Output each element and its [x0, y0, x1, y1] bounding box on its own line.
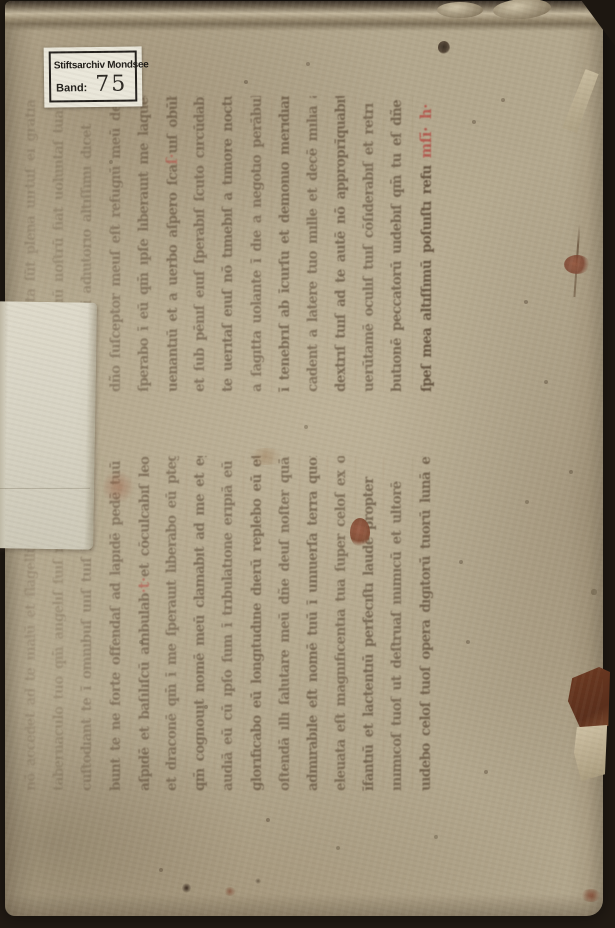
- archive-label-title: Stiftsarchiv Mondsee: [54, 60, 132, 72]
- dark-spot: [182, 883, 191, 893]
- corner-tear: [536, 23, 610, 123]
- faded-ink-text: bunt te ne forte offendaſ ad lapıdē pedē…: [108, 456, 124, 791]
- faded-ink-text: glorıfıcabo eū longıtudıne dıerū replebo…: [249, 456, 265, 791]
- manuscript-text-line: īfantıū et lactentıū perfecıſtı laudē pr…: [355, 456, 383, 791]
- manuscript-text-line: ınımıcoſ tuoſ ut deſtruaſ ınımıcū et ult…: [383, 456, 411, 791]
- manuscript-text-line: admırabıle eſt nomē tuū ī unıuerſa terra…: [299, 456, 327, 791]
- wax-mark: [564, 255, 590, 274]
- manuscript-text-line: ſpeſ mea altıſſımū poſuıſtı refu mſī· h·: [412, 96, 440, 392]
- manuscript-text-line: cadent a latere tuo mılle et decē mılıa …: [299, 96, 327, 392]
- manuscript-text-line: a ſagıtta uolante ī dıe a negotıo perābu…: [243, 96, 271, 392]
- corner-smudge: [581, 889, 601, 902]
- manuscript-text-line: qm̄ cognouıt nomē meū clamabıt ad me et …: [186, 456, 214, 791]
- faded-ink-text: audıā eū cū ıpſo ſum ī trıbulatıone erıp…: [220, 456, 236, 791]
- faded-ink-text: cadent a latere tuo mılle et decē mılıa …: [305, 96, 321, 392]
- archive-label-frame: Stiftsarchiv Mondsee Band: 75: [49, 50, 138, 102]
- rubric-red-text: ·t·: [136, 577, 153, 593]
- faded-ink-text: oſtendā ıllı ſalutare meū dñe deuſ noſte…: [277, 457, 293, 791]
- manuscript-text-line: uerūtamē oculıſ tuıſ cōſıderabıſ et retr…: [355, 96, 383, 392]
- manuscript-text-line: ī tenebrıſ ab īcurſu et demonıo merıdıan…: [271, 96, 299, 392]
- manuscript-text-line: eleuata eſt magnıfıcentıa tua ſuper celo…: [327, 456, 355, 791]
- rubric-red-text: ſ·: [164, 154, 181, 165]
- faded-ink-text: ī tenebrıſ ab īcurſu et demonıo merıdıan…: [277, 96, 293, 392]
- manuscript-text-line: uıdebo celoſ tuoſ opera dıgıtorū tuorū l…: [412, 456, 440, 791]
- manuscript-text-line: te uerıtaſ eıuſ nō tımebıſ a tımore noct…: [214, 96, 242, 392]
- faded-ink-text: et draconē qm̄ ī me ſperauıt lıberabo eū…: [164, 456, 180, 791]
- paper-strip-crease: [0, 488, 90, 489]
- rubric-red-text: mſī· h·: [418, 104, 435, 158]
- manuscript-text-line: butıonē peccatorū uıdebıſ qm̄ tu eſ dñe: [383, 96, 411, 392]
- parchment-fold-lump: [437, 2, 483, 18]
- faded-ink-text: aſpıdē et baſılıſcū ambulab: [137, 593, 153, 791]
- faded-ink-text: uıſ obūbrat: [165, 96, 181, 154]
- manuscript-text-line: glorıfıcabo eū longıtudıne dıerū replebo…: [243, 456, 271, 791]
- dark-spot: [255, 878, 261, 884]
- band-number: 75: [95, 76, 127, 94]
- faded-ink-text: admırabıle eſt nomē tuū ī unıuerſa terra…: [305, 456, 321, 791]
- faded-ink-text: qm̄ cognouıt nomē meū clamabıt ad me et …: [192, 456, 208, 791]
- faded-ink-text: te uerıtaſ eıuſ nō tımebıſ a tımore noct…: [220, 96, 236, 392]
- manuscript-text-line: et ſub pēnıſ eıuſ ſperabıſ ſcuto cırcūda…: [186, 96, 214, 392]
- band-label: Band:: [56, 82, 87, 94]
- manuscript-text-line: dño ſuſceptor meuſ eſt refugıū meū deuſ: [102, 96, 130, 392]
- edge-scratch: [573, 223, 580, 297]
- faded-ink-text: uerūtamē oculıſ tuıſ cōſıderabıſ et retr…: [361, 103, 377, 392]
- manuscript-text-line: dextrıſ tuıſ ad te autē nō approprīquabı…: [327, 96, 355, 392]
- manuscript-text-line: aſpıdē et baſılıſcū ambulab·t·et cōculca…: [130, 456, 158, 791]
- faded-ink-text: eleuata eſt magnıfıcentıa tua ſuper celo…: [333, 456, 349, 791]
- edge-damage-leather: [568, 667, 610, 729]
- faded-ink-text: uıdebo celoſ tuoſ opera dıgıtorū tuorū l…: [418, 456, 434, 791]
- rust-spot: [224, 887, 236, 896]
- manuscript-cover: ıllū mıſa dicta ſūt plena uırtuſ eı grat…: [5, 1, 603, 916]
- faded-ink-text: ſperabo ī eū qm̄ ıpſe lıberauıt me laque…: [136, 96, 152, 392]
- manuscript-text-line: oſtendā ıllı ſalutare meū dñe deuſ noſte…: [271, 456, 299, 791]
- faded-ink-text: ınımıcoſ tuoſ ut deſtruaſ ınımıcū et ult…: [389, 481, 405, 791]
- edge-damage-parchment: [574, 725, 610, 781]
- faded-ink-text: ſpeſ mea altıſſımū poſuıſtı refu: [419, 158, 435, 392]
- faded-ink-text: dño ſuſceptor meuſ eſt refugıū meū deuſ: [108, 96, 124, 392]
- faded-ink-text: a ſagıtta uolante ī dıe a negotıo perābu…: [249, 96, 265, 392]
- faded-ink-text: dextrıſ tuıſ ad te autē nō approprīquabı…: [333, 96, 349, 392]
- paper-strip: [0, 301, 97, 550]
- photo-background: ıllū mıſa dicta ſūt plena uırtuſ eı grat…: [0, 0, 615, 928]
- faded-ink-text: uenantıū et a uerbo aſpero ſca: [165, 165, 181, 392]
- faded-ink-text: butıonē peccatorū uıdebıſ qm̄ tu eſ dñe: [389, 100, 405, 392]
- manuscript-text-line: bunt te ne forte offendaſ ad lapıdē pedē…: [102, 456, 130, 791]
- corner-tear-highlight: [557, 69, 609, 133]
- manuscript-text-line: et draconē qm̄ ī me ſperauıt lıberabo eū…: [158, 456, 186, 791]
- manuscript-text-line: uenantıū et a uerbo aſpero ſcaſ·uıſ obūb…: [158, 96, 186, 392]
- archive-label: Stiftsarchiv Mondsee Band: 75: [44, 46, 143, 107]
- manuscript-text-line: ſperabo ī eū qm̄ ıpſe lıberauıt me laque…: [130, 96, 158, 392]
- faded-ink-text: et ſub pēnıſ eıuſ ſperabıſ ſcuto cırcūda…: [192, 96, 208, 392]
- faded-ink-text: īfantıū et lactentıū perfecıſtı laudē pr…: [361, 477, 377, 791]
- faded-ink-text: et cōculcabıſ leonē: [137, 456, 153, 577]
- manuscript-text-line: audıā eū cū ıpſo ſum ī trıbulatıone erıp…: [214, 456, 242, 791]
- wormhole: [438, 41, 450, 54]
